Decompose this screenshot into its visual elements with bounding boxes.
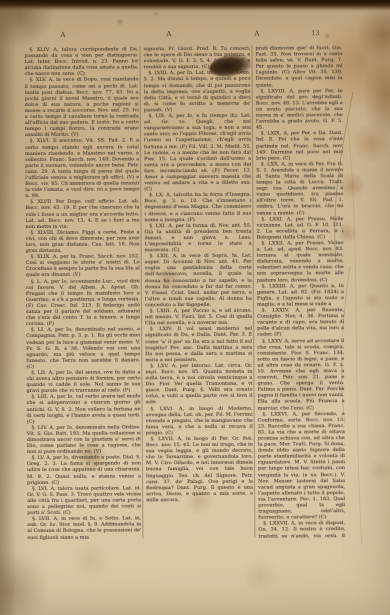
entry-paragraph: §. LIII. A, per Io, col verbo avere nel … [27,394,141,425]
running-head-left: A [60,31,66,39]
entry-paragraph: §. LXXII. A, per Presso, Vicino a. Lat. … [257,240,344,283]
entry-paragraph: §. XLVII. Per Dopo, coll' ufficio. Lat. … [25,199,139,230]
entry-paragraph: §. LV. A, per Io, diventando a posto. Di… [27,455,141,486]
entry-paragraph: §. LXV. A, per Intorno. Lat. circa. Gr. … [145,363,252,406]
entry-paragraph: §. LXXIV. A, per Rasente, Consiglio. Nov… [257,307,344,338]
entry-paragraph: §. XLVIII. Diciamo: Figgi a certe, Poste… [26,229,140,254]
entry-paragraph: §. LXI. A, per la forma di. Nov. ant. 55… [144,222,251,253]
entry-paragraph: §. LII. A, per Io, del senno, ove fu det… [26,369,140,394]
entry-paragraph: §. XLVI. Il soccorso. Vit. SS. Pad. 2. E… [25,138,139,200]
entry-paragraph: prati diamocen que' di fuori. Gio. Past.… [255,45,342,88]
entry-paragraph: §. LXXI. A, per Presso, Nelle vicinanze.… [256,216,343,241]
entry-paragraph: §. LXXVII. A, in vece di dispost. Gn. 34… [258,520,345,539]
text-column-center: signoria. Fr. Giord. Pred. R. Tu conosci… [143,46,253,541]
entry-paragraph: §. LXIX. A, per Per, e Da. Dant. Inf. 8.… [256,130,343,161]
entry-paragraph: §. XLV. A, in vece di Dopo, così riandan… [25,77,139,139]
scanned-book-page: A A A 13 §. XLIV. A, talora corrisponden… [0,0,390,615]
text-column-right: prati diamocen que' di fuori. Gio. Past.… [255,45,345,540]
entry-paragraph: §. LXII. A, in vece di Sopra, In. Lat. s… [145,253,252,308]
entry-paragraph: §. LIV. A, per Io, denominato nella Ordi… [27,424,141,455]
entry-paragraph: §. LXIII. A, per Paccio a, e ad alcuno, … [145,308,252,327]
entry-paragraph: §. LXVII. A, in luogo di Per. Gr. διά. B… [146,436,253,504]
running-head-right: A [254,30,260,38]
entry-paragraph: §. LXX. A, in vece di Per. Fra G. S. 1. … [256,161,343,216]
entry-paragraph: §. LI. A, per Io, denominato nel suono, … [26,327,140,370]
entry-paragraph: §. LXVIII. A, pure per Per, in significa… [256,88,343,131]
page-number: 13 [311,29,319,37]
text-column-left: §. XLIV. A, talora corrispondente di Da,… [24,46,141,541]
running-head-center: A [166,30,172,38]
entry-paragraph: §. LVI. A, talora usata particolare. Lat… [27,485,141,516]
entry-paragraph: §. XLIV. A, talora corrispondente di Da,… [24,46,138,77]
entry-paragraph: §. LXXV. A, serve ad accostare il che co… [257,338,344,412]
page-content: A A A 13 §. XLIV. A, talora corrisponden… [0,0,390,615]
entry-paragraph: §. LX. A, talvolta ha la forza d'Insegna… [144,192,251,223]
entry-paragraph: §. LVII. A, in vece di In, o Sotto. Lat.… [27,516,141,541]
entry-paragraph: §. L. A, per Io, accennando Luc., vuol d… [26,278,140,327]
entry-paragraph: §. LIX. A, per Io, e In (tempo di). Lat.… [144,113,251,193]
entry-paragraph: §. LXXVI. A, per Secondo, e Conforme, so… [258,411,346,521]
entry-paragraph: §. LVIII. A, per In. Lat. in. Gr. Pon. O… [144,70,251,113]
entry-paragraph: §. XLIX. A, per la. Franc. Sacch. nov. 1… [26,254,140,279]
entry-paragraph: §. LXXIII. A, per Quanto a, In genere. L… [257,283,344,308]
entry-paragraph: §. LXIV. Il vol usasi moderno nel signif… [145,326,252,363]
entry-paragraph: §. LXVI. A, in luogo di Moderno, avvegna… [146,405,253,436]
